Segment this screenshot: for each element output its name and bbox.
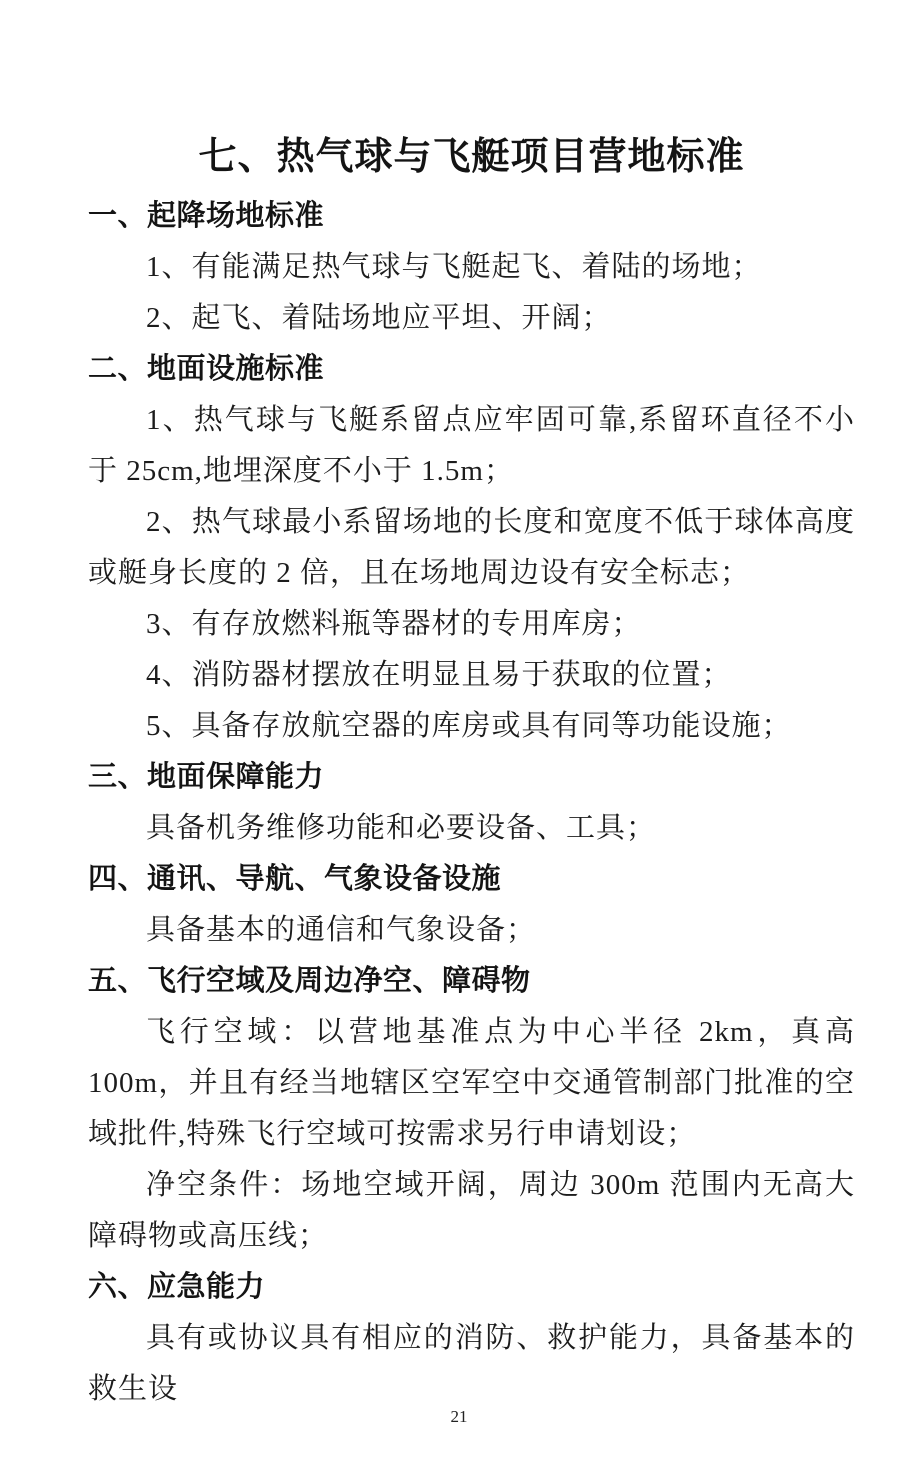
body-paragraph: 净空条件：场地空域开阔，周边 300m 范围内无高大障碍物或高压线； [88, 1160, 855, 1262]
body-paragraph: 3、有存放燃料瓶等器材的专用库房； [88, 599, 855, 650]
body-paragraph: 2、起飞、着陆场地应平坦、开阔； [88, 293, 855, 344]
body-paragraph: 5、具备存放航空器的库房或具有同等功能设施； [88, 701, 855, 752]
page-number: 21 [0, 1407, 918, 1427]
body-paragraph: 具有或协议具有相应的消防、救护能力，具备基本的救生设 [88, 1313, 855, 1415]
section-heading: 一、起降场地标准 [88, 191, 855, 242]
section-heading: 六、应急能力 [88, 1262, 855, 1313]
body-paragraph: 1、有能满足热气球与飞艇起飞、着陆的场地； [88, 242, 855, 293]
body-paragraph: 2、热气球最小系留场地的长度和宽度不低于球体高度或艇身长度的 2 倍，且在场地周… [88, 497, 855, 599]
body-paragraph: 飞行空域：以营地基准点为中心半径 2km，真高 100m，并且有经当地辖区空军空… [88, 1007, 855, 1160]
section-heading: 三、地面保障能力 [88, 752, 855, 803]
body-paragraph: 具备机务维修功能和必要设备、工具； [88, 803, 855, 854]
body-paragraph: 1、热气球与飞艇系留点应牢固可靠,系留环直径不小于 25cm,地埋深度不小于 1… [88, 395, 855, 497]
section-heading: 二、地面设施标准 [88, 344, 855, 395]
section-heading: 五、飞行空域及周边净空、障碍物 [88, 956, 855, 1007]
body-paragraph: 具备基本的通信和气象设备； [88, 905, 855, 956]
document-title: 七、热气球与飞艇项目营地标准 [88, 130, 855, 184]
document-page: 七、热气球与飞艇项目营地标准 一、起降场地标准1、有能满足热气球与飞艇起飞、着陆… [0, 0, 918, 1461]
section-heading: 四、通讯、导航、气象设备设施 [88, 854, 855, 905]
body-paragraph: 4、消防器材摆放在明显且易于获取的位置； [88, 650, 855, 701]
document-body: 一、起降场地标准1、有能满足热气球与飞艇起飞、着陆的场地；2、起飞、着陆场地应平… [88, 191, 855, 1415]
